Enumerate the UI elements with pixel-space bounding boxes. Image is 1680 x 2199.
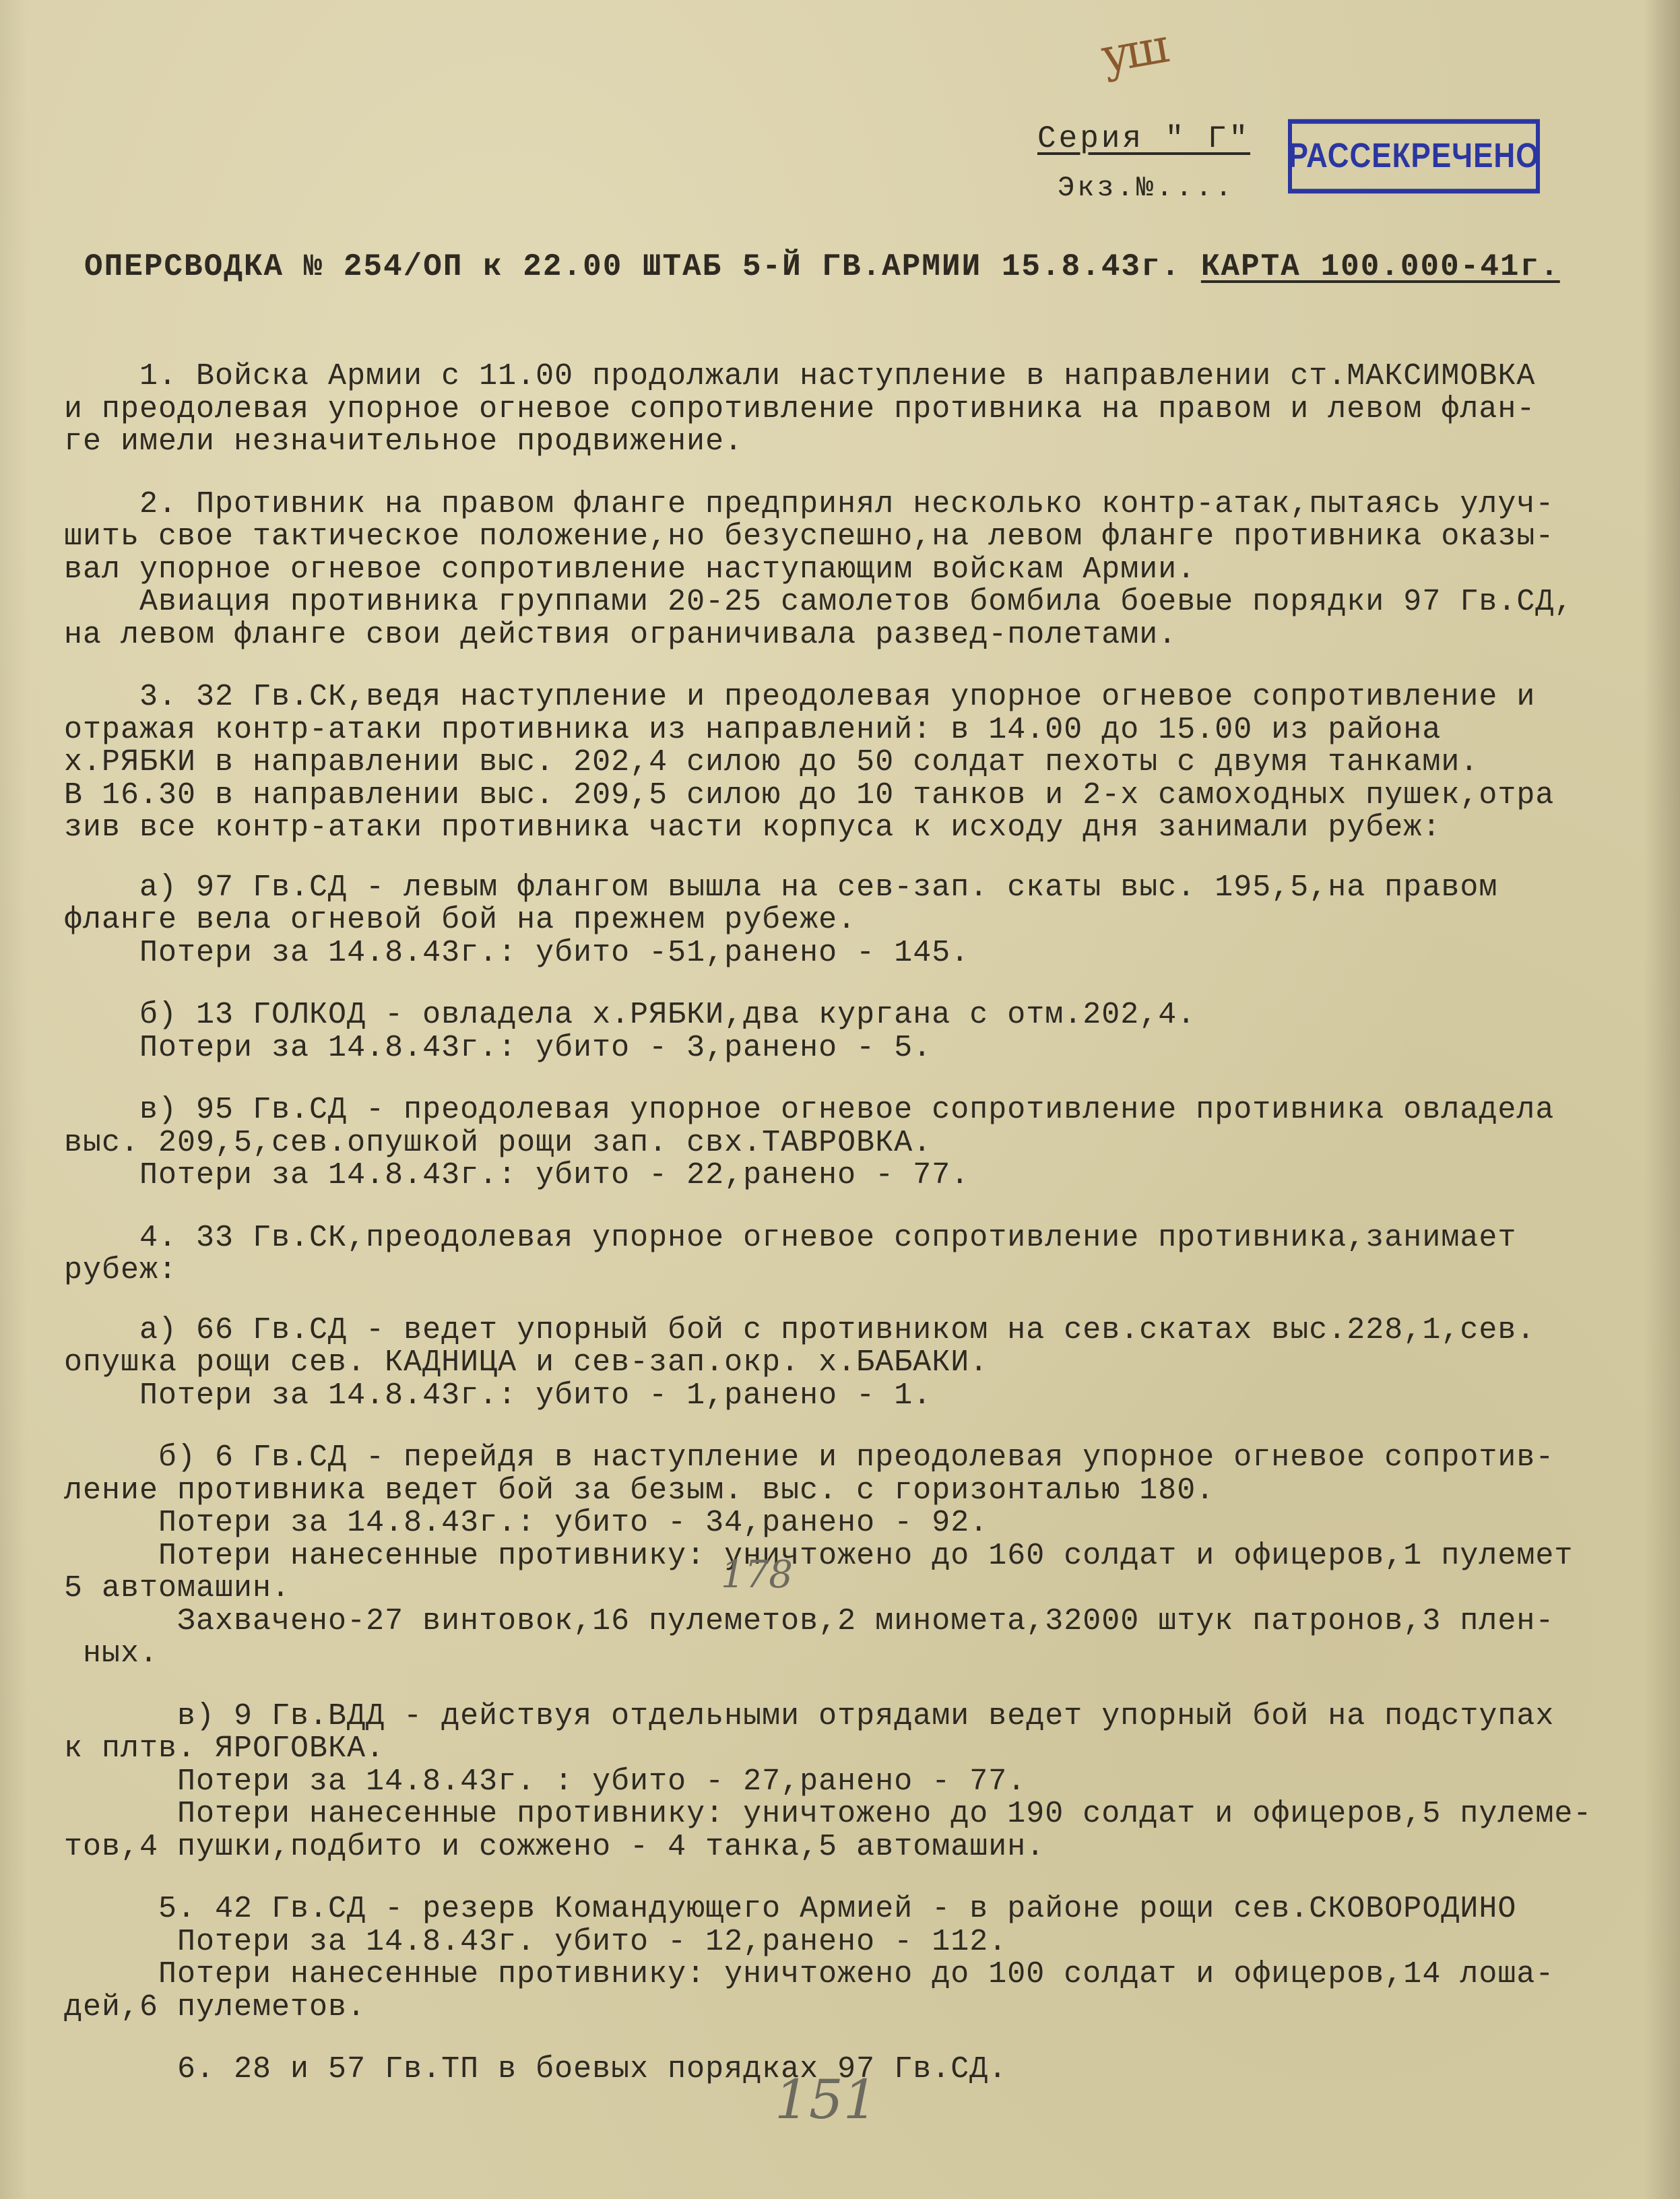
text-line: Авиация противника группами 20-25 самоле…: [64, 586, 1674, 619]
text-line: Потери за 14.8.43г. убито - 12,ранено - …: [64, 1926, 1674, 1959]
text-line: дей,6 пулеметов.: [64, 1991, 1674, 2025]
declassified-stamp: РАССЕКРЕЧЕНО: [1288, 119, 1540, 193]
text-line: 3. 32 Гв.СК,ведя наступление и преодолев…: [64, 681, 1674, 714]
text-line: в) 95 Гв.СД - преодолевая упорное огнево…: [64, 1094, 1674, 1127]
text-line: б) 13 ГОЛКОД - овладела х.РЯБКИ,два кург…: [64, 999, 1674, 1032]
paragraph-4: 4. 33 Гв.СК,преодолевая упорное огневое …: [64, 1222, 1674, 1864]
text-line: а) 97 Гв.СД - левым флангом вышла на сев…: [64, 872, 1674, 905]
text-line: опушка рощи сев. КАДНИЦА и сев-зап.окр. …: [64, 1347, 1674, 1380]
text-line: Потери за 14.8.43г.: убито -51,ранено - …: [64, 937, 1674, 970]
text-line: и преодолевая упорное огневое сопротивле…: [64, 393, 1674, 426]
text-line: к плтв. ЯРОГОВКА.: [64, 1733, 1674, 1766]
text-line: Потери за 14.8.43г.: убито - 1,ранено - …: [64, 1380, 1674, 1413]
text-line: Потери за 14.8.43г.: убито - 34,ранено -…: [64, 1507, 1674, 1540]
text-line: а) 66 Гв.СД - ведет упорный бой с против…: [64, 1314, 1674, 1347]
text-line: тов,4 пушки,подбито и сожжено - 4 танка,…: [64, 1831, 1674, 1864]
text-line: в) 9 Гв.ВДД - действуя отдельными отряда…: [64, 1700, 1674, 1733]
paragraph-5: 5. 42 Гв.СД - резерв Командующего Армией…: [64, 1893, 1674, 2024]
paragraph-2: 2. Противник на правом фланге предпринял…: [64, 488, 1674, 652]
document-body: 1. Войска Армии с 11.00 продолжали насту…: [64, 360, 1674, 2086]
subitem-3b: б) 13 ГОЛКОД - овладела х.РЯБКИ,два кург…: [64, 999, 1674, 1064]
text-line: рубеж:: [64, 1254, 1674, 1287]
text-line: 1. Войска Армии с 11.00 продолжали насту…: [64, 360, 1674, 393]
paragraph-3: 3. 32 Гв.СК,ведя наступление и преодолев…: [64, 681, 1674, 1192]
text-line: ных.: [64, 1638, 1674, 1671]
text-line: Потери за 14.8.43г. : убито - 27,ранено …: [64, 1766, 1674, 1799]
handwritten-top-mark: уш: [1097, 18, 1169, 84]
text-line: В 16.30 в направлении выс. 209,5 силою д…: [64, 779, 1674, 812]
text-line: выс. 209,5,сев.опушкой рощи зап. свх.ТАВ…: [64, 1127, 1674, 1160]
title-map-reference: КАРТА 100.000-41г.: [1201, 249, 1560, 284]
text-line: зив все контр-атаки противника части кор…: [64, 812, 1674, 845]
text-line: Потери нанесенные противнику: уничтожено…: [64, 1540, 1674, 1573]
subitem-3c: в) 95 Гв.СД - преодолевая упорное огнево…: [64, 1094, 1674, 1192]
document-title: ОПЕРСВОДКА № 254/ОП к 22.00 ШТАБ 5-Й ГВ.…: [84, 249, 1560, 284]
text-line: Потери за 14.8.43г.: убито - 3,ранено - …: [64, 1032, 1674, 1065]
text-line: 4. 33 Гв.СК,преодолевая упорное огневое …: [64, 1222, 1674, 1255]
pencil-margin-note: 178: [721, 1553, 793, 1597]
text-line: Потери нанесенные противнику: уничтожено…: [64, 1958, 1674, 1991]
text-line: отражая контр-атаки противника из направ…: [64, 714, 1674, 747]
subitem-4a: а) 66 Гв.СД - ведет упорный бой с против…: [64, 1314, 1674, 1413]
text-line: х.РЯБКИ в направлении выс. 202,4 силою д…: [64, 746, 1674, 779]
text-line: вал упорное огневое сопротивление наступ…: [64, 554, 1674, 587]
text-line: Потери за 14.8.43г.: убито - 22,ранено -…: [64, 1159, 1674, 1192]
subitem-3a: а) 97 Гв.СД - левым флангом вышла на сев…: [64, 872, 1674, 970]
series-label: Серия " Г": [1037, 121, 1250, 156]
text-line: 2. Противник на правом фланге предпринял…: [64, 488, 1674, 521]
text-line: б) 6 Гв.СД - перейдя в наступление и пре…: [64, 1442, 1674, 1475]
text-line: Потери нанесенные противнику: уничтожено…: [64, 1798, 1674, 1831]
text-line: ге имели незначительное продвижение.: [64, 426, 1674, 459]
scanned-document-page: уш Серия " Г" Экз.№.... РАССЕКРЕЧЕНО ОПЕ…: [0, 0, 1680, 2199]
pencil-page-number: 151: [775, 2068, 878, 2131]
subitem-4c: в) 9 Гв.ВДД - действуя отдельными отряда…: [64, 1700, 1674, 1864]
paragraph-1: 1. Войска Армии с 11.00 продолжали насту…: [64, 360, 1674, 459]
text-line: 5 автомашин.: [64, 1572, 1674, 1605]
title-main: ОПЕРСВОДКА № 254/ОП к 22.00 ШТАБ 5-Й ГВ.…: [84, 249, 1181, 284]
text-line: на левом фланге свои действия ограничива…: [64, 619, 1674, 652]
subitem-4b: б) 6 Гв.СД - перейдя в наступление и пре…: [64, 1442, 1674, 1671]
copy-number: Экз.№....: [1058, 172, 1235, 204]
text-line: фланге вела огневой бой на прежнем рубеж…: [64, 904, 1674, 937]
declassified-stamp-text: РАССЕКРЕЧЕНО: [1289, 137, 1540, 176]
text-line: 5. 42 Гв.СД - резерв Командующего Армией…: [64, 1893, 1674, 1926]
text-line: Захвачено-27 винтовок,16 пулеметов,2 мин…: [64, 1605, 1674, 1638]
text-line: шить свое тактическое положение,но безус…: [64, 521, 1674, 554]
text-line: ление противника ведет бой за безым. выс…: [64, 1475, 1674, 1508]
